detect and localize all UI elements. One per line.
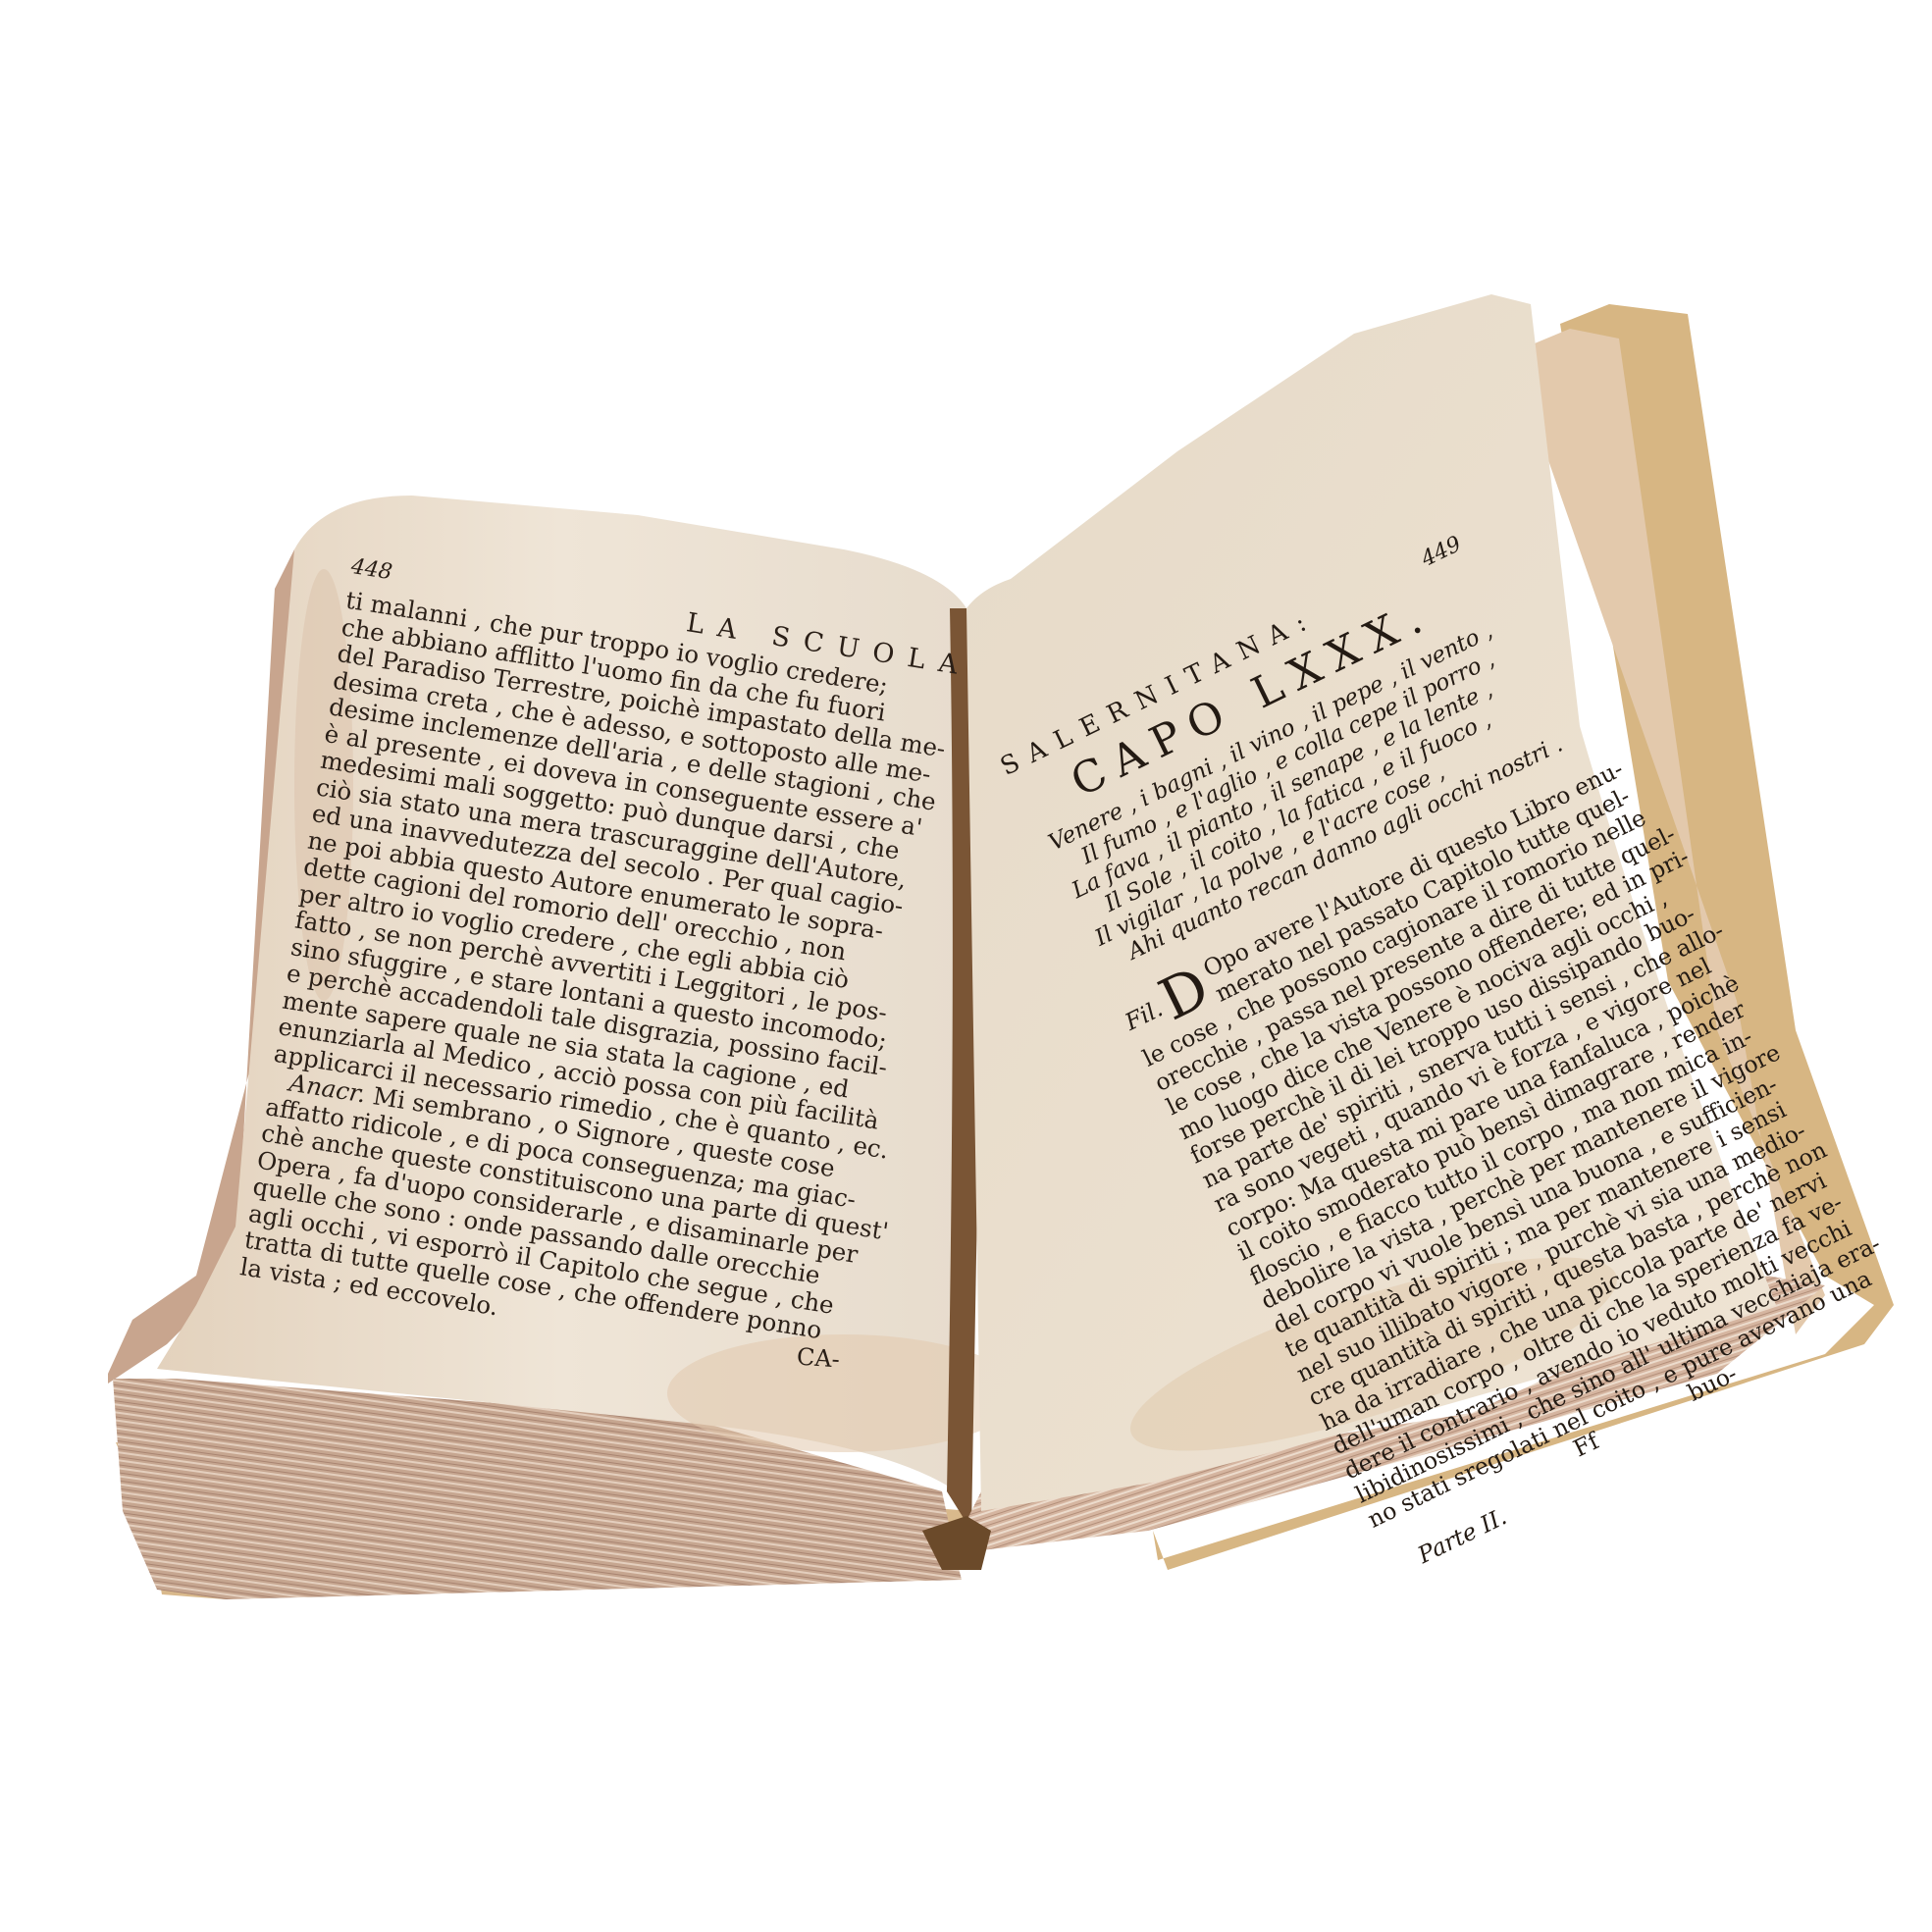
left-catchword: CA- [796, 1343, 841, 1374]
left-page: 448 LA SCUOLA ti malanni , che pur tropp… [238, 554, 973, 1378]
left-page-number: 448 [348, 554, 393, 591]
